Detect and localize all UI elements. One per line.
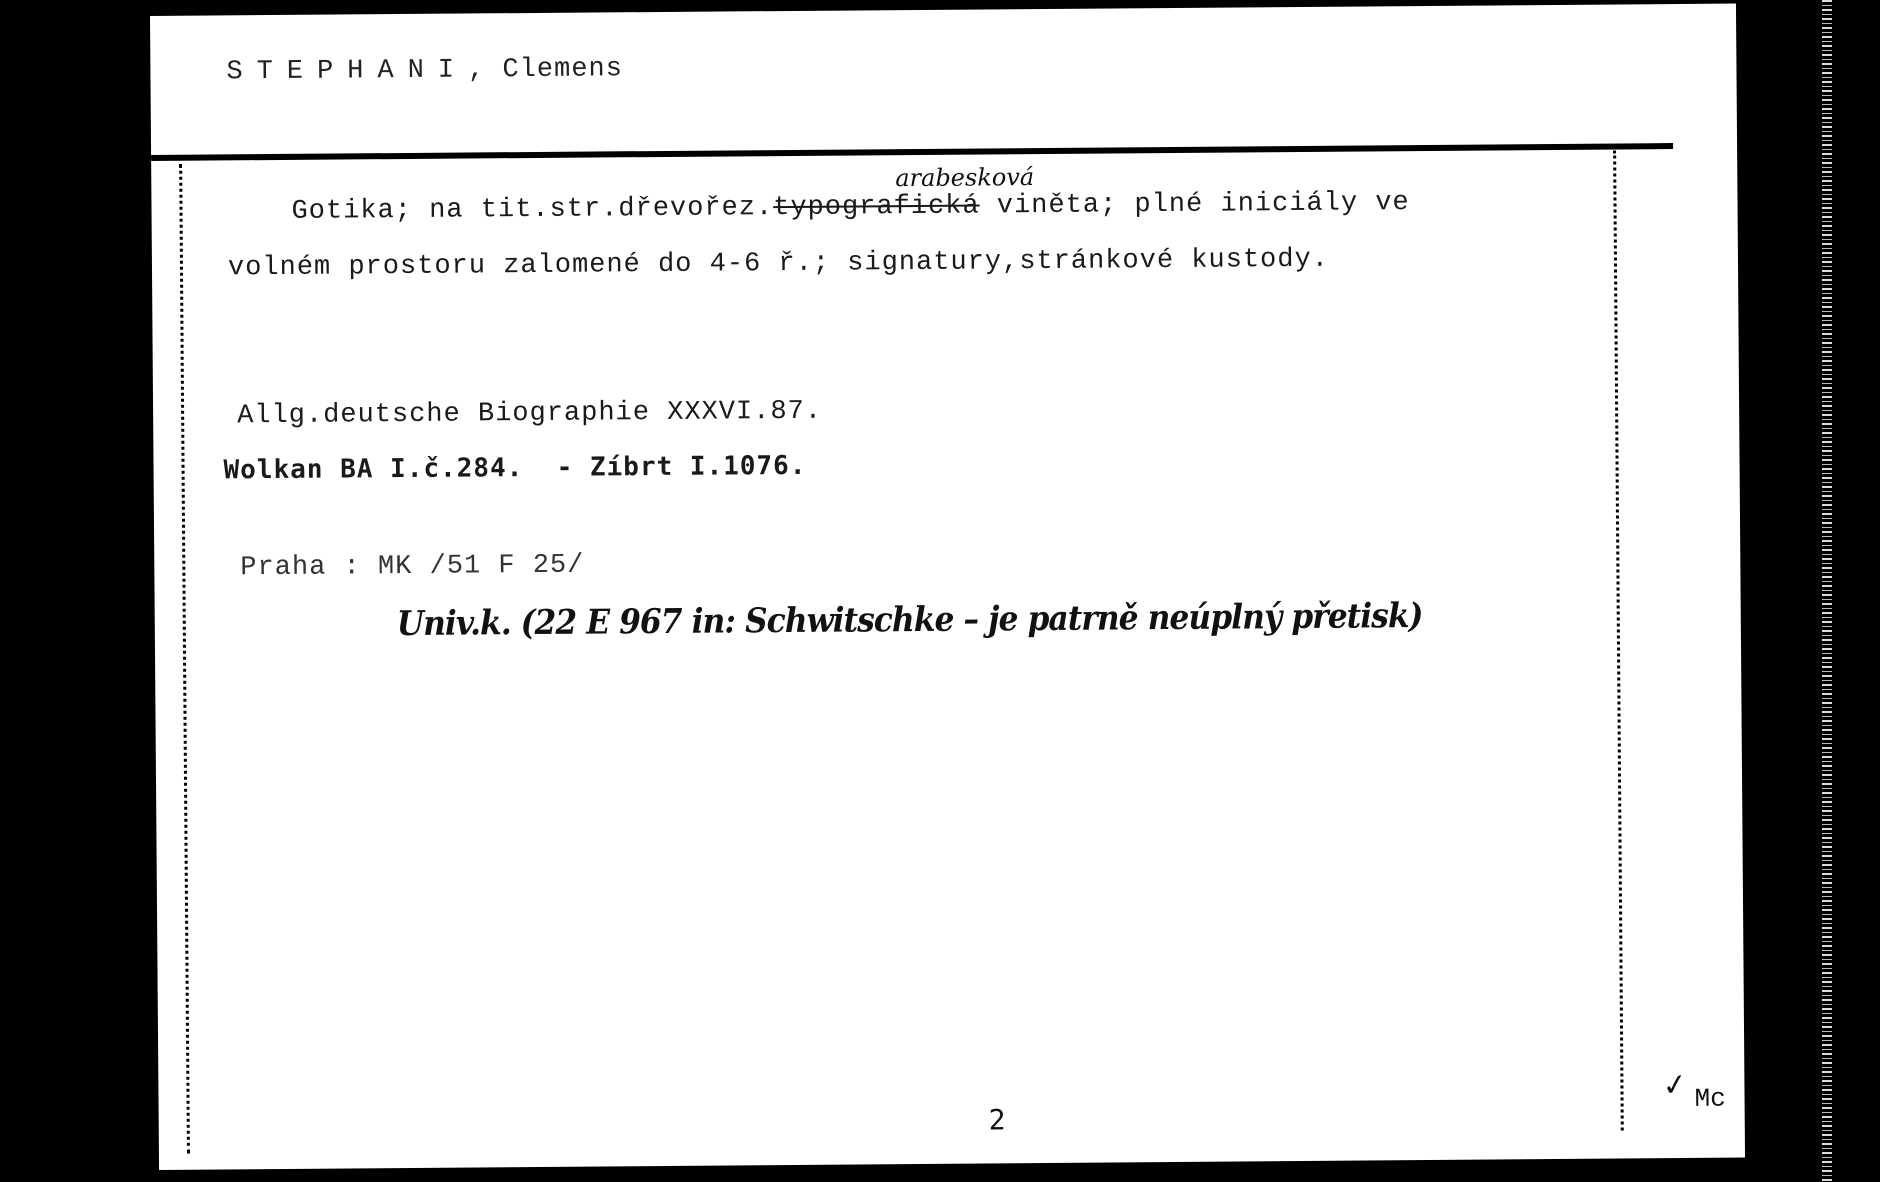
scan-noise-stripe: [1822, 0, 1832, 1182]
reference-line-1: Allg.deutsche Biographie XXXVI.87.: [237, 397, 822, 432]
page-number: 2: [989, 1103, 1006, 1136]
author-given-name: Clemens: [502, 54, 623, 85]
left-dotted-margin: [179, 164, 190, 1154]
cataloguer-initials: Mc: [1694, 1084, 1725, 1114]
struck-out-word: typografická: [773, 191, 980, 223]
shelf-location: Praha : MK /51 F 25/: [240, 551, 584, 584]
reference-line-2: Wolkan BA I.č.284. - Zíbrt I.1076.: [223, 451, 806, 486]
description-line-1: Gotika; na tit.str.dřevořez.typografická…: [291, 188, 1409, 227]
handwritten-correction: arabesková: [895, 163, 1034, 192]
handwritten-note: Univ.k. (22 E 967 in: Schwitschke – je p…: [397, 596, 1423, 644]
checkmark-icon: ✓: [1660, 1066, 1690, 1104]
card-heading: STEPHANI, Clemens: [226, 54, 623, 87]
description-text: Gotika; na tit.str.dřevořez.: [291, 193, 773, 227]
heading-separator: ,: [468, 55, 485, 85]
catalog-card: STEPHANI, Clemens arabesková Gotika; na …: [150, 4, 1745, 1170]
right-dotted-margin: [1613, 150, 1624, 1130]
description-line-2: volném prostoru zalomené do 4-6 ř.; sign…: [228, 245, 1329, 284]
header-rule: [151, 143, 1673, 161]
description-text: viněta; plné iniciály ve: [980, 188, 1410, 221]
author-surname: STEPHANI: [226, 56, 468, 88]
